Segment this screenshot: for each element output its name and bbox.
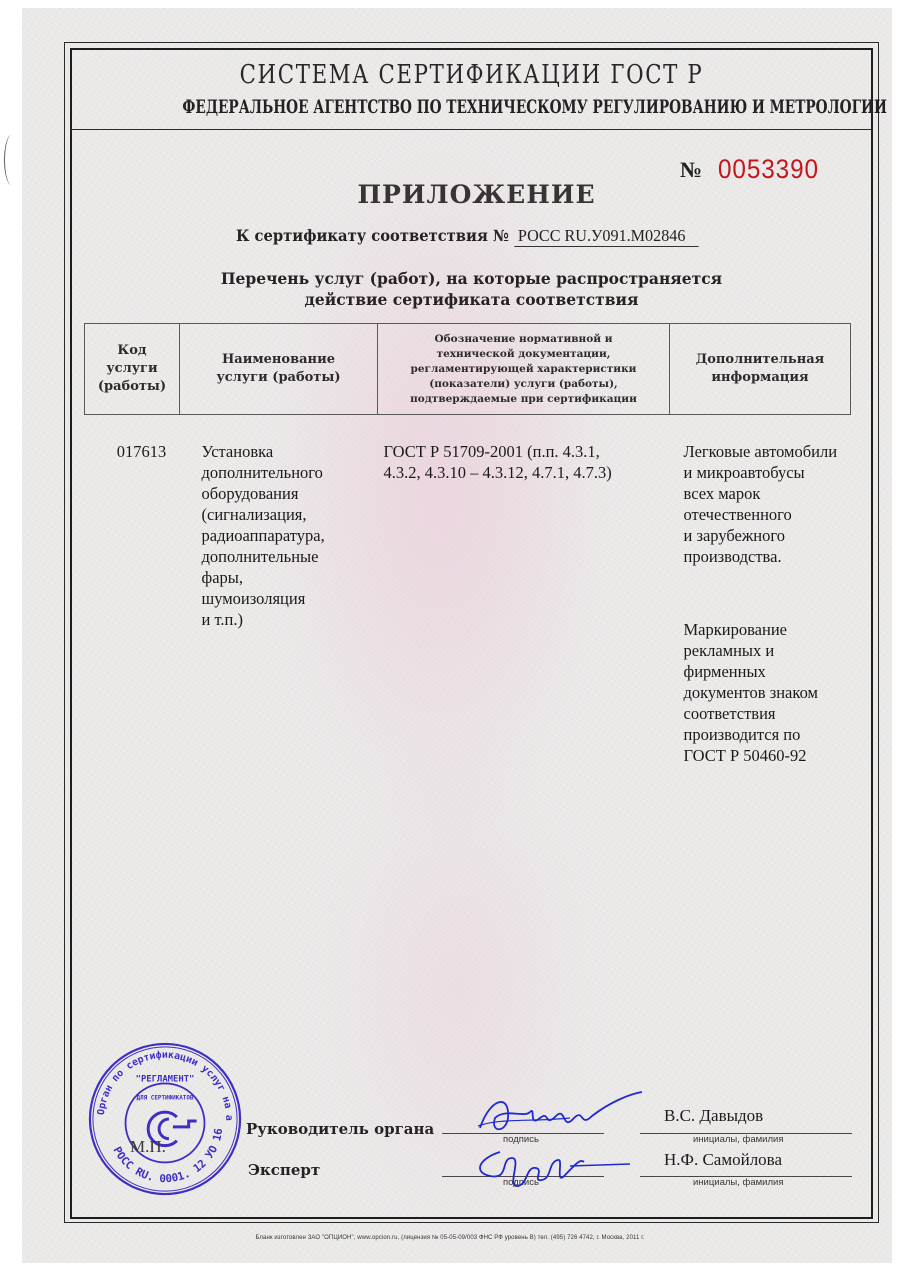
table-row: 017613 Установкадополнительногооборудова… <box>85 415 851 820</box>
text-line: и микроавтобусы <box>684 462 850 483</box>
text-line: и т.п.) <box>202 609 377 630</box>
text-line: дополнительного <box>202 462 377 483</box>
text-line: информация <box>676 369 844 387</box>
services-table: Кодуслуги(работы) Наименованиеуслуги (ра… <box>84 323 851 819</box>
list-title-line-1: Перечень услуг (работ), на которые распр… <box>70 268 873 289</box>
text-line: (сигнализация, <box>202 504 377 525</box>
margin-mark <box>4 135 19 185</box>
expert-name: Н.Ф. Самойлова <box>664 1150 782 1170</box>
text-line: фирменных <box>684 661 850 682</box>
certification-stamp: Орган по сертификации услуг на автомобил… <box>86 1040 244 1198</box>
text-line: Код <box>91 342 173 360</box>
service-code: 017613 <box>85 415 180 820</box>
text-line: Установка <box>202 441 377 462</box>
table-header-row: Кодуслуги(работы) Наименованиеуслуги (ра… <box>85 324 851 415</box>
header-code: Кодуслуги(работы) <box>85 324 180 415</box>
stamp-name: "РЕГЛАМЕНТ" <box>136 1074 195 1084</box>
head-role-label: Руководитель органа <box>246 1120 434 1138</box>
text-line: услуги <box>91 360 173 378</box>
certificate-label: К сертификату соответствия № <box>236 226 509 245</box>
header-info: Дополнительнаяинформация <box>670 324 851 415</box>
stamp-inner-text: ДЛЯ СЕРТИФИКАТОВ <box>137 1095 194 1101</box>
text-line: регламентирующей характеристики <box>384 362 663 377</box>
text-line: услуги (работы) <box>186 369 371 387</box>
info-marking: Маркированиерекламных ифирменныхдокумент… <box>684 619 850 766</box>
head-name: В.С. Давыдов <box>664 1106 763 1126</box>
text-line: ГОСТ Р 51709-2001 (п.п. 4.3.1, <box>384 441 669 462</box>
text-line: производится по <box>684 724 850 745</box>
service-info: Легковые автомобилии микроавтобусывсех м… <box>670 415 851 820</box>
expert-role-label: Эксперт <box>248 1161 320 1179</box>
text-line: отечественного <box>684 504 850 525</box>
list-title-line-2: действие сертификата соответствия <box>70 289 873 310</box>
agency-name: ФЕДЕРАЛЬНОЕ АГЕНТСТВО ПО ТЕХНИЧЕСКОМУ РЕ… <box>182 96 760 118</box>
text-line: (показатели) услуги (работы), <box>384 377 663 392</box>
text-line: рекламных и <box>684 640 850 661</box>
form-printer-note: Бланк изготовлен ЗАО "ОПЦИОН", www.opcio… <box>0 1235 900 1241</box>
service-name: Установкадополнительногооборудования(сиг… <box>180 415 378 820</box>
text-line: подтверждаемые при сертификации <box>384 392 663 407</box>
text-line: всех марок <box>684 483 850 504</box>
certificate-reference: К сертификату соответствия № РОСС RU.У09… <box>236 226 698 247</box>
expert-signature-icon <box>470 1138 640 1194</box>
text-line: технической документации, <box>384 347 663 362</box>
text-line: радиоаппаратура, <box>202 525 377 546</box>
text-line: Дополнительная <box>676 351 844 369</box>
header-standard: Обозначение нормативной итехнической док… <box>378 324 670 415</box>
info-vehicles: Легковые автомобилии микроавтобусывсех м… <box>684 441 850 567</box>
header-name: Наименованиеуслуги (работы) <box>180 324 378 415</box>
header-divider <box>70 129 873 130</box>
expert-name-caption: инициалы, фамилия <box>693 1177 783 1188</box>
text-line: производства. <box>684 546 850 567</box>
list-title: Перечень услуг (работ), на которые распр… <box>70 268 873 310</box>
text-line: Легковые автомобили <box>684 441 850 462</box>
system-title: СИСТЕМА СЕРТИФИКАЦИИ ГОСТ Р <box>142 60 800 90</box>
seal-placeholder-label: М.П. <box>130 1137 166 1157</box>
text-line: Обозначение нормативной и <box>384 332 663 347</box>
text-line: оборудования <box>202 483 377 504</box>
text-line: Маркирование <box>684 619 850 640</box>
appendix-title: ПРИЛОЖЕНИЕ <box>70 180 873 209</box>
text-line: (работы) <box>91 378 173 396</box>
text-line: шумоизоляция <box>202 588 377 609</box>
text-line: Наименование <box>186 351 371 369</box>
text-line: соответствия <box>684 703 850 724</box>
text-line: фары, <box>202 567 377 588</box>
text-line: 4.3.2, 4.3.10 – 4.3.12, 4.7.1, 4.7.3) <box>384 462 669 483</box>
text-line: документов знаком <box>684 682 850 703</box>
head-name-caption: инициалы, фамилия <box>693 1134 783 1145</box>
text-line: и зарубежного <box>684 525 850 546</box>
text-line: дополнительные <box>202 546 377 567</box>
certificate-number: РОСС RU.У091.М02846 <box>514 226 698 247</box>
head-signature-icon <box>470 1088 650 1144</box>
service-standard: ГОСТ Р 51709-2001 (п.п. 4.3.1,4.3.2, 4.3… <box>378 415 670 820</box>
text-line: ГОСТ Р 50460-92 <box>684 745 850 766</box>
